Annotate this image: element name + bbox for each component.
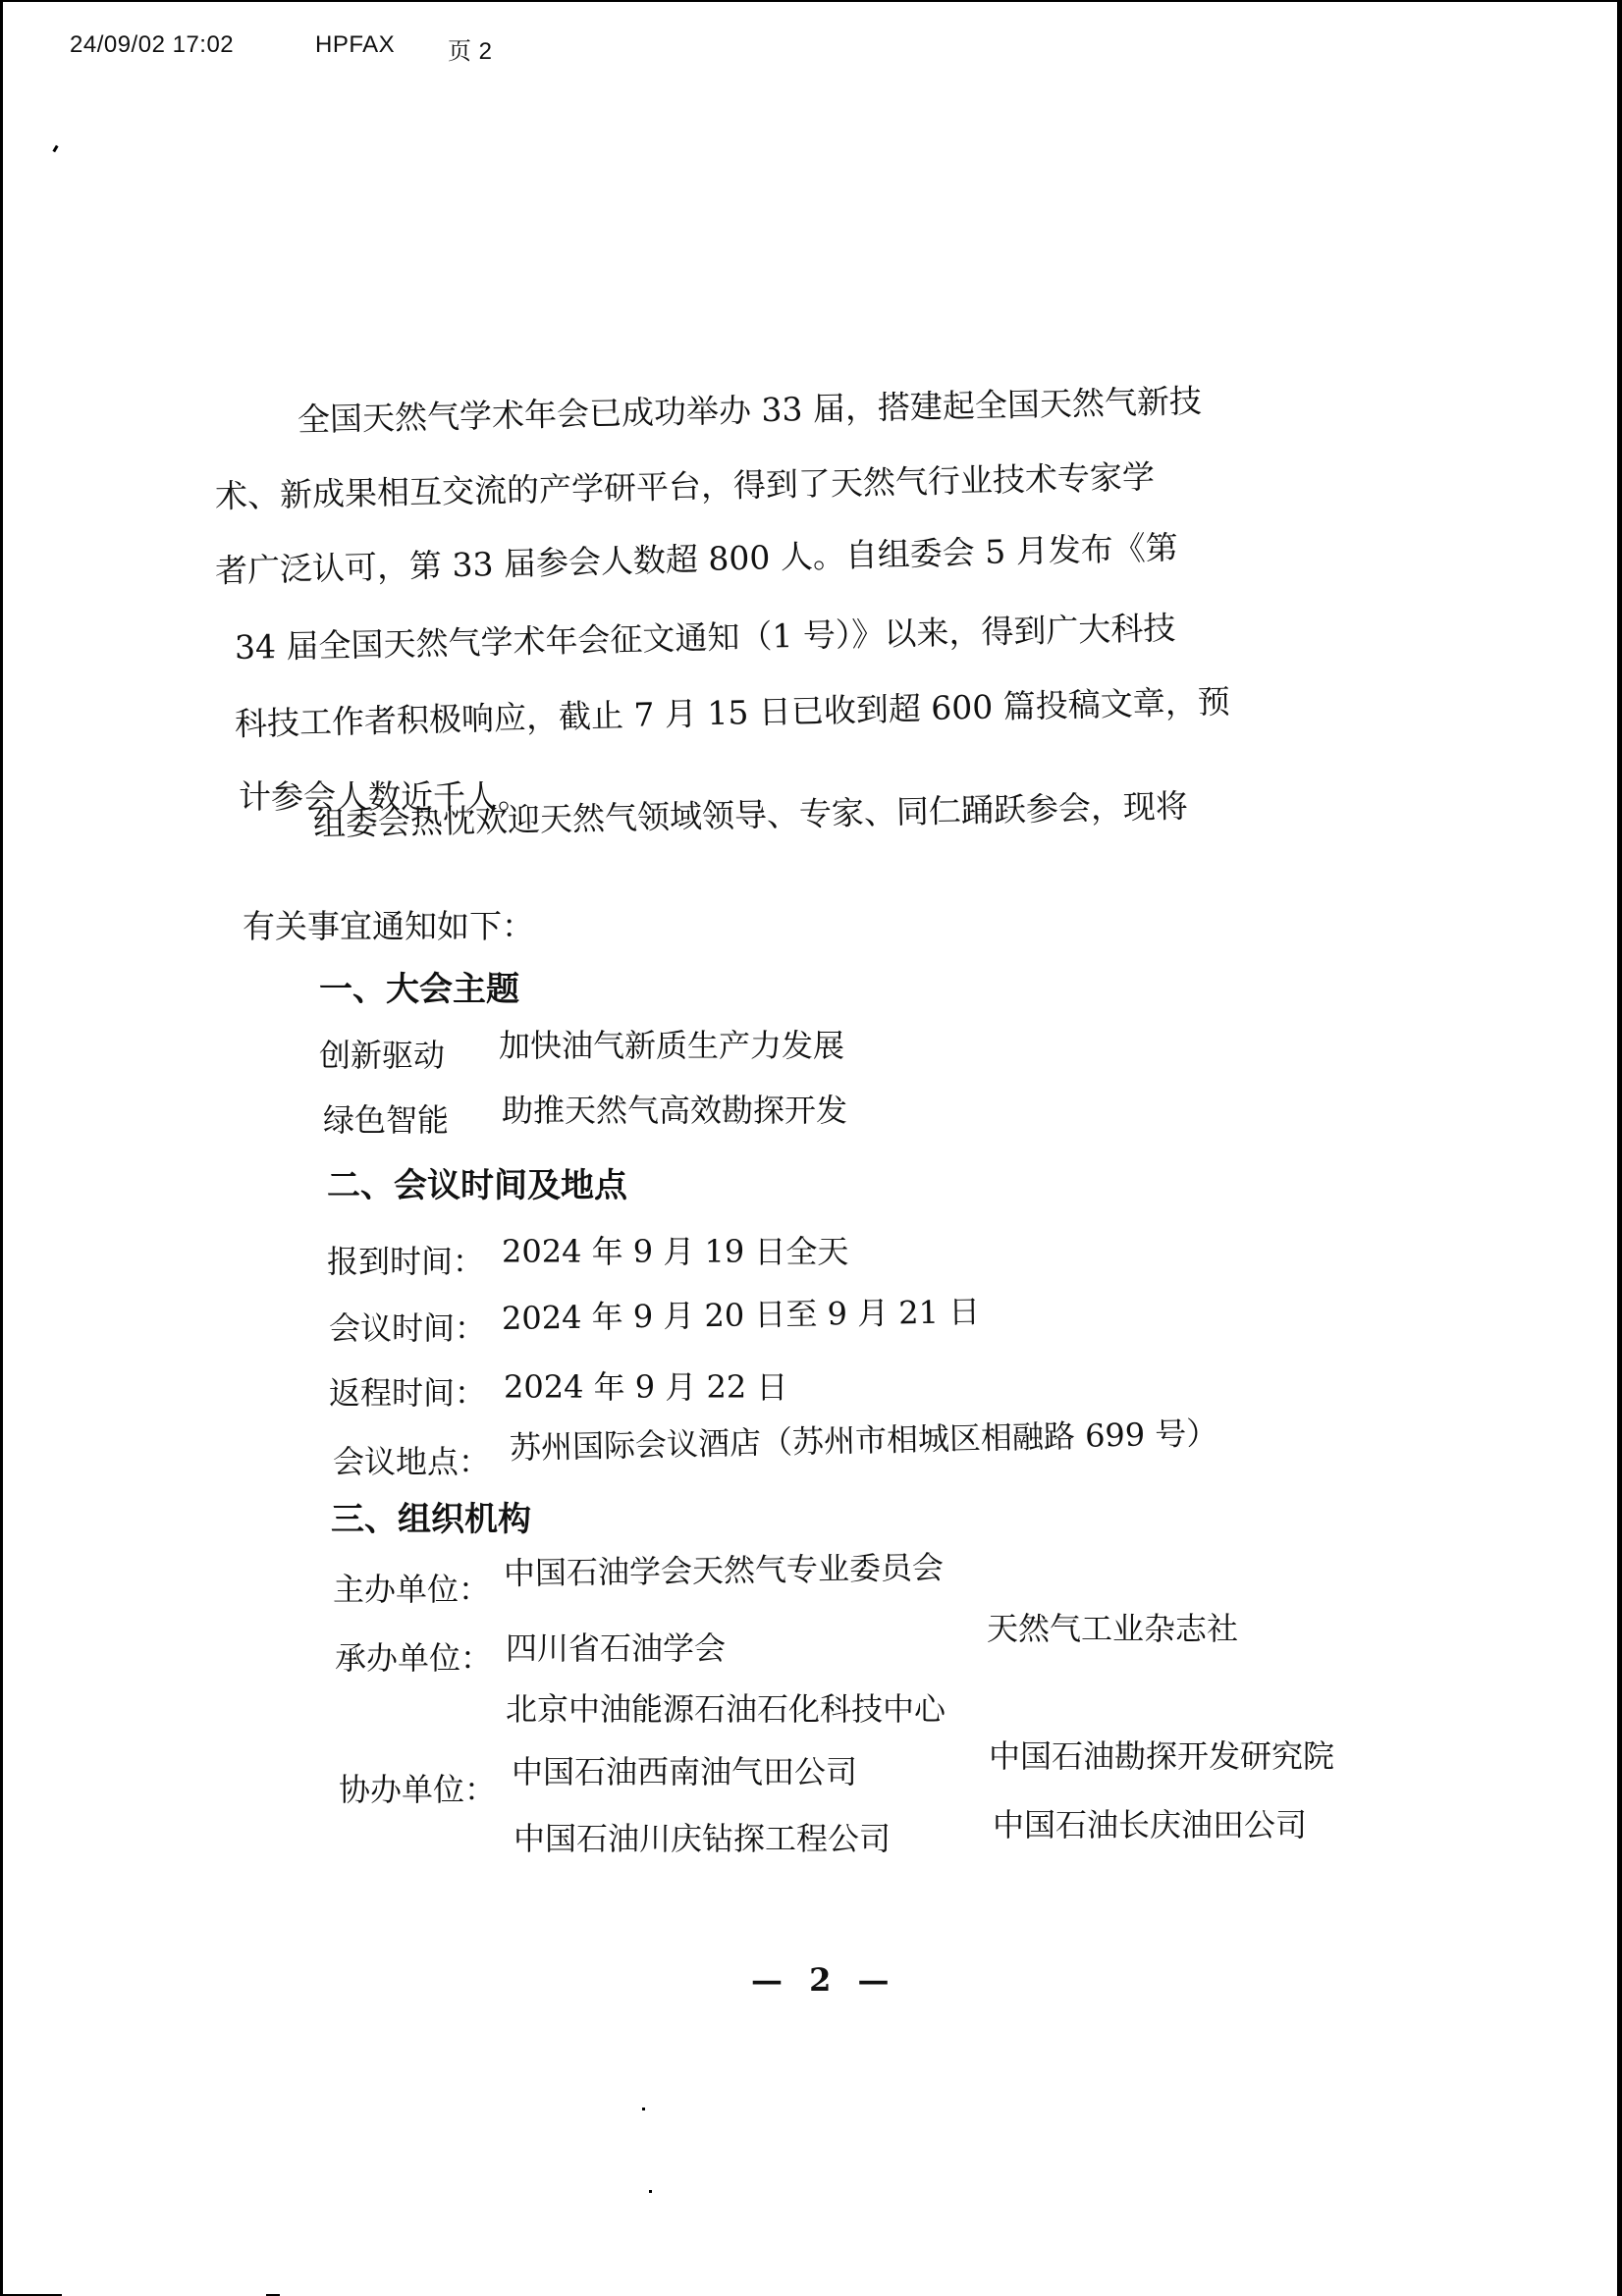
fax-header: 24/09/02 17:02 HPFAX 页 2 [70, 31, 493, 66]
scan-speck [52, 145, 58, 153]
section-heading-theme: 一、大会主题 [319, 962, 519, 1010]
item-label: 会议时间： [329, 1304, 486, 1349]
organizer-value: 北京中油能源石油石化科技中心 [506, 1684, 946, 1730]
theme-right: 加快油气新质生产力发展 [499, 1021, 844, 1066]
intro-line: 全国天然气学术年会已成功举办 33 届，搭建起全国天然气新技 [297, 376, 1203, 441]
host-label: 主办单位： [333, 1565, 490, 1610]
scan-edge-mark [1619, 39, 1621, 137]
intro-line: 34 届全国天然气学术年会征文通知（1 号）》以来，得到广大科技 [235, 603, 1176, 668]
item-value: 2024 年 9 月 20 日至 9 月 21 日 [502, 1287, 981, 1339]
co-organizer-value: 中国石油西南油气田公司 [512, 1747, 857, 1792]
host-value: 中国石油学会天然气专业委员会 [504, 1543, 945, 1594]
organizer-label: 承办单位： [335, 1633, 492, 1679]
co-organizer-value: 中国石油长庆油田公司 [993, 1800, 1307, 1845]
theme-right: 助推天然气高效勘探开发 [502, 1086, 847, 1131]
theme-left: 绿色智能 [323, 1095, 449, 1141]
fax-source: HPFAX [315, 31, 448, 66]
co-organizer-value: 中国石油勘探开发研究院 [989, 1732, 1334, 1777]
item-label: 返程时间： [329, 1368, 486, 1414]
item-value: 苏州国际会议酒店（苏州市相城区相融路 699 号） [510, 1409, 1218, 1468]
intro-line: 科技工作者积极响应，截止 7 月 15 日已收到超 600 篇投稿文章，预 [234, 676, 1230, 745]
welcome-line: 有关事宜通知如下： [243, 901, 534, 947]
item-value: 2024 年 9 月 19 日全天 [502, 1227, 848, 1272]
item-label: 报到时间： [327, 1237, 484, 1282]
item-label: 会议地点： [333, 1437, 490, 1482]
section-heading-time-place: 二、会议时间及地点 [327, 1158, 627, 1206]
co-organizer-label: 协办单位： [339, 1765, 496, 1810]
fax-datetime: 24/09/02 17:02 [70, 31, 315, 66]
fax-page: 24/09/02 17:02 HPFAX 页 2 全国天然气学术年会已成功举办 … [0, 0, 1622, 2296]
section-heading-organizers: 三、组织机构 [331, 1492, 531, 1540]
scan-speck [642, 2108, 645, 2110]
theme-left: 创新驱动 [319, 1031, 445, 1076]
organizer-value: 天然气工业杂志社 [987, 1604, 1238, 1649]
co-organizer-value: 中国石油川庆钻探工程公司 [514, 1814, 891, 1859]
item-value: 2024 年 9 月 22 日 [504, 1362, 787, 1408]
fax-page-label: 页 2 [448, 31, 493, 66]
page-number: — 2 — [751, 1961, 897, 1999]
intro-line: 术、新成果相互交流的产学研平台，得到了天然气行业技术专家学 [215, 452, 1156, 517]
organizer-value: 四川省石油学会 [506, 1624, 726, 1669]
intro-line: 者广泛认可，第 33 届参会人数超 800 人。自组委会 5 月发布《第 [214, 522, 1178, 592]
scan-speck [649, 2190, 652, 2193]
